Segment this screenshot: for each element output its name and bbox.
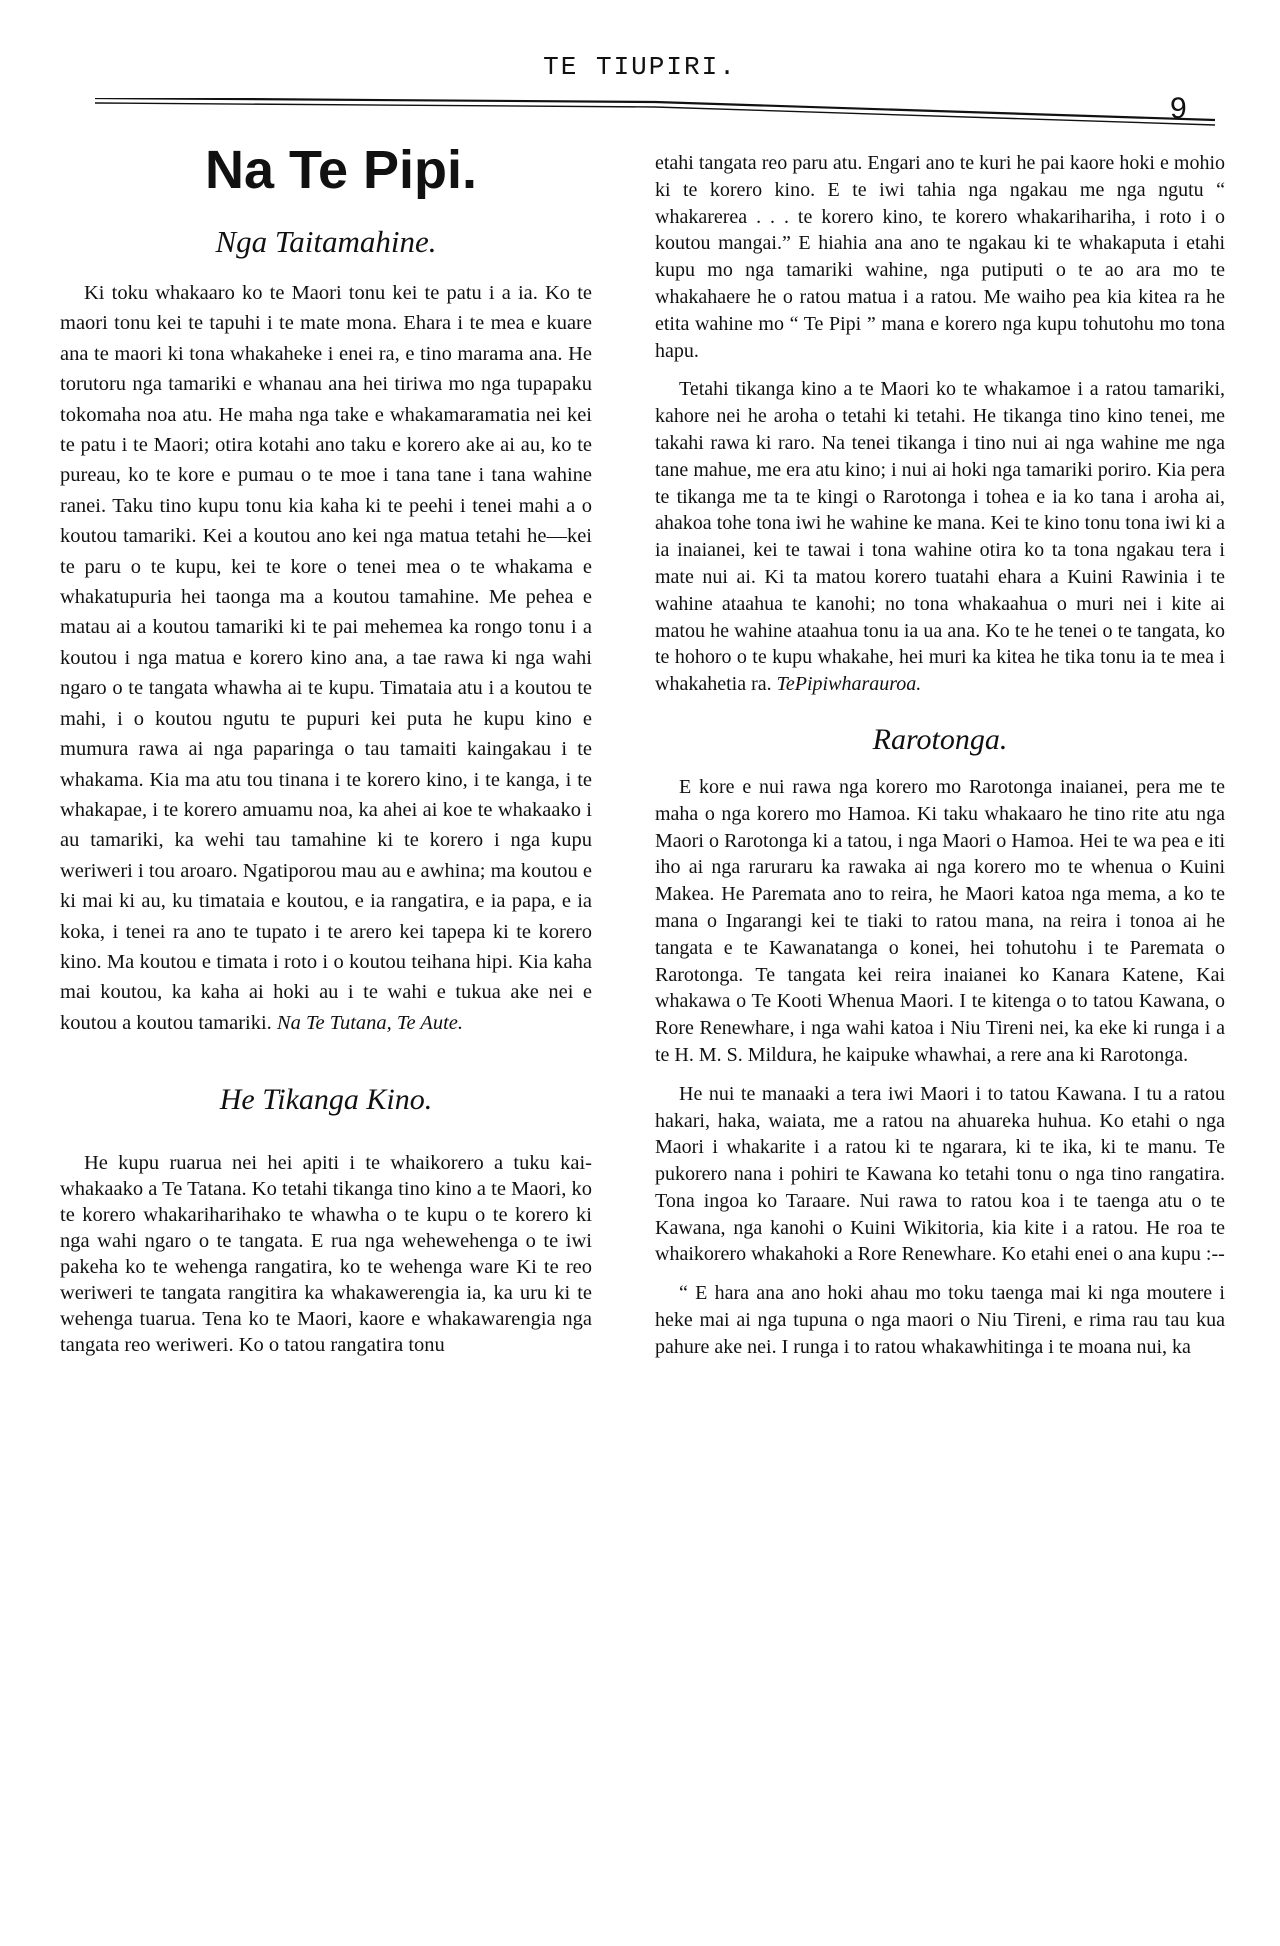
article-paragraph: He kupu ruarua nei hei apiti i te whaiko… xyxy=(60,1150,592,1358)
article-heading-he-tikanga-kino: He Tikanga Kino. xyxy=(60,1080,592,1120)
article-paragraph-continued: etahi tangata reo paru atu. Engari ano t… xyxy=(655,150,1225,364)
right-column: etahi tangata reo paru atu. Engari ano t… xyxy=(655,150,1225,1361)
article-signature: Na Te Tutana, Te Aute. xyxy=(277,1012,463,1034)
article-paragraph: Tetahi tikanga kino a te Maori ko te wha… xyxy=(655,376,1225,698)
masthead: TE TIUPIRI. xyxy=(0,52,1280,82)
article-paragraph: E kore e nui rawa nga korero mo Rarotong… xyxy=(655,774,1225,1069)
article-paragraph: “ E hara ana ano hoki ahau mo toku taeng… xyxy=(655,1280,1225,1360)
paragraph-text: Tetahi tikanga kino a te Maori ko te wha… xyxy=(655,378,1225,695)
paragraph-text: Ki toku whakaaro ko te Maori tonu kei te… xyxy=(60,282,592,1034)
article-signature: TePipiwharauroa. xyxy=(777,673,922,695)
article-heading-nga-taitamahine: Nga Taitamahine. xyxy=(60,222,592,262)
article-paragraph: Ki toku whakaaro ko te Maori tonu kei te… xyxy=(60,278,592,1038)
header-rule xyxy=(95,98,1215,138)
page-title: Na Te Pipi. xyxy=(90,140,592,200)
article-paragraph: He nui te manaaki a tera iwi Maori i to … xyxy=(655,1081,1225,1269)
article-heading-rarotonga: Rarotonga. xyxy=(655,720,1225,760)
left-column: Na Te Pipi. Nga Taitamahine. Ki toku wha… xyxy=(60,140,592,1358)
